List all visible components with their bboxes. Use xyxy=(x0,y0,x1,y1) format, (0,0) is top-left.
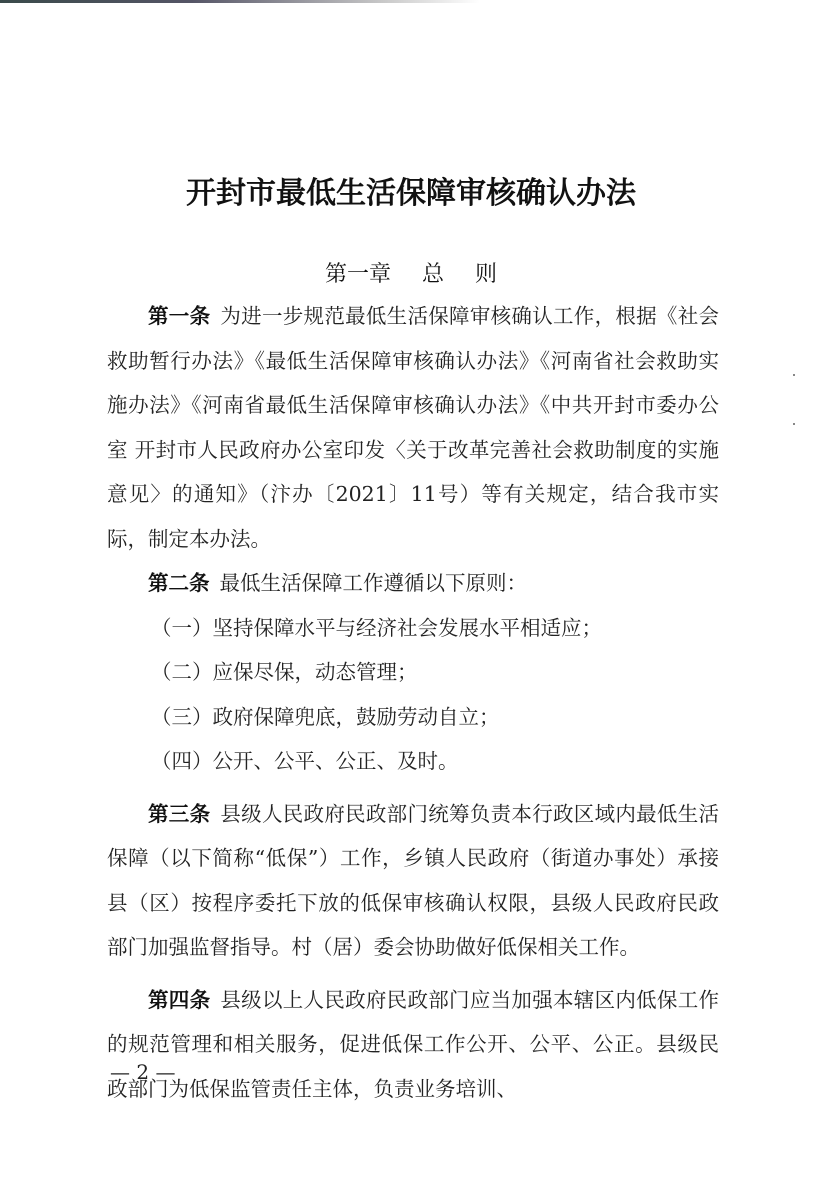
document-body: 第一条为进一步规范最低生活保障审核确认工作，根据《社会救助暂行办法》《最低生活保… xyxy=(107,294,719,1111)
article-text: 为进一步规范最低生活保障审核确认工作，根据《社会救助暂行办法》《最低生活保障审核… xyxy=(107,304,719,551)
chapter-heading: 第一章 总 则 xyxy=(0,257,822,288)
scan-speck xyxy=(793,374,795,376)
principle-item: （三）政府保障兜底，鼓励劳动自立； xyxy=(107,695,719,740)
chapter-name-part: 总 xyxy=(422,262,444,287)
article-label: 第三条 xyxy=(148,802,210,826)
scan-speck xyxy=(793,423,795,425)
article-4: 第四条县级以上人民政府民政部门应当加强本辖区内低保工作的规范管理和相关服务，促进… xyxy=(107,978,719,1112)
article-label: 第二条 xyxy=(148,571,210,595)
scan-edge-shadow xyxy=(0,0,480,3)
article-label: 第四条 xyxy=(148,988,210,1012)
document-title: 开封市最低生活保障审核确认办法 xyxy=(0,168,822,212)
principle-item: （一）坚持保障水平与经济社会发展水平相适应； xyxy=(107,606,719,651)
chapter-name-part: 则 xyxy=(475,262,497,287)
spacer xyxy=(107,784,719,792)
chapter-number: 第一章 xyxy=(325,262,391,287)
article-1: 第一条为进一步规范最低生活保障审核确认工作，根据《社会救助暂行办法》《最低生活保… xyxy=(107,294,719,561)
article-3: 第三条县级人民政府民政部门统筹负责本行政区域内最低生活保障（以下简称“低保”）工… xyxy=(107,792,719,970)
article-text: 最低生活保障工作遵循以下原则： xyxy=(220,571,528,595)
article-2: 第二条最低生活保障工作遵循以下原则： xyxy=(107,561,719,606)
principle-item: （四）公开、公平、公正、及时。 xyxy=(107,739,719,784)
page-number: — 2 — xyxy=(110,1060,175,1084)
spacer xyxy=(107,970,719,978)
principle-item: （二）应保尽保，动态管理； xyxy=(107,650,719,695)
article-label: 第一条 xyxy=(148,304,210,328)
